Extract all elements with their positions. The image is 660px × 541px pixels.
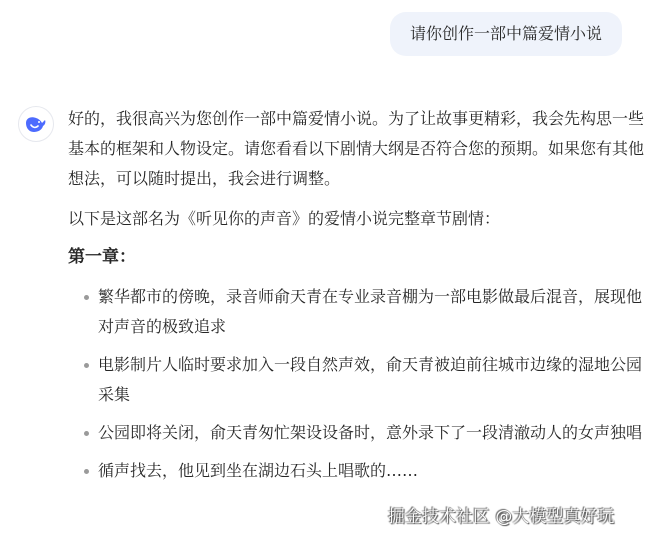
plot-item: 公园即将关闭，俞天青匆忙架设设备时，意外录下了一段清澈动人的女声独唱 — [84, 418, 648, 448]
chapter-heading: 第一章： — [68, 242, 648, 272]
outline-intro-paragraph: 以下是这部名为《听见你的声音》的爱情小说完整章节剧情： — [68, 204, 648, 234]
assistant-avatar — [18, 106, 54, 142]
plot-list: 繁华都市的傍晚，录音师俞天青在专业录音棚为一部电影做最后混音，展现他对声音的极致… — [68, 282, 648, 486]
assistant-message-content: 好的，我很高兴为您创作一部中篇爱情小说。为了让故事更精彩，我会先构思一些基本的框… — [68, 104, 648, 494]
user-message-row: 请你创作一部中篇爱情小说 — [390, 12, 622, 56]
plot-item: 繁华都市的傍晚，录音师俞天青在专业录音棚为一部电影做最后混音，展现他对声音的极致… — [84, 282, 648, 342]
whale-logo-icon — [25, 115, 47, 133]
plot-item: 循声找去，他见到坐在湖边石头上唱歌的…… — [84, 456, 648, 486]
user-message-bubble: 请你创作一部中篇爱情小说 — [390, 12, 622, 56]
watermark: 掘金技术社区 @大模型真好玩 — [388, 502, 614, 527]
plot-item: 电影制片人临时要求加入一段自然声效，俞天青被迫前往城市边缘的湿地公园采集 — [84, 350, 648, 410]
intro-paragraph: 好的，我很高兴为您创作一部中篇爱情小说。为了让故事更精彩，我会先构思一些基本的框… — [68, 104, 648, 194]
